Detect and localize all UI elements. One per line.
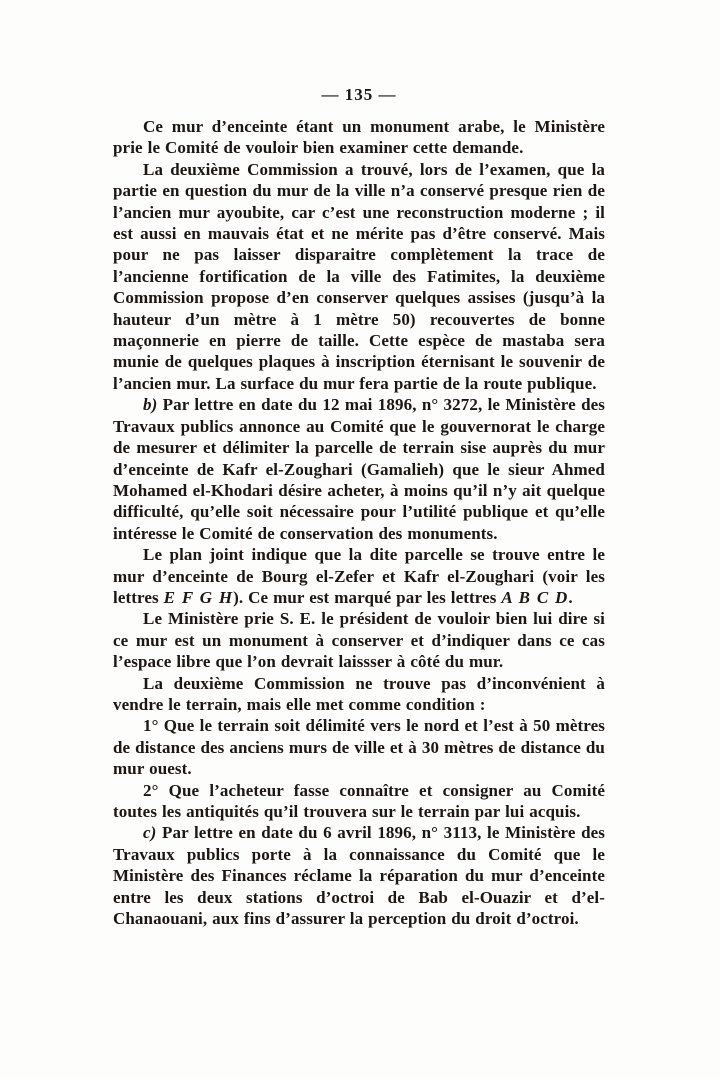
text-segment: 2° Que l’acheteur fasse connaître et con… [113,781,605,821]
paragraph: Ce mur d’enceinte étant un monument arab… [113,116,605,159]
paragraph: 2° Que l’acheteur fasse connaître et con… [113,780,605,823]
text-segment: c) [143,823,156,842]
paragraph: b) Par lettre en date du 12 mai 1896, n°… [113,394,605,544]
text-segment: E F G H [164,588,233,607]
paragraph: 1° Que le terrain soit délimité vers le … [113,715,605,779]
paragraph: Le Ministère prie S. E. le président de … [113,608,605,672]
paragraph: La deuxième Commission a trouvé, lors de… [113,159,605,394]
page-body-text: Ce mur d’enceinte étant un monument arab… [113,116,605,929]
paragraph: La deuxième Commission ne trouve pas d’i… [113,673,605,716]
paragraph: c) Par lettre en date du 6 avril 1896, n… [113,822,605,929]
document-page: — 135 — Ce mur d’enceinte étant un monum… [0,0,720,1079]
text-segment: . [568,588,572,607]
text-segment: La deuxième Commission a trouvé, lors de… [113,160,605,393]
text-segment: La deuxième Commission ne trouve pas d’i… [113,674,605,714]
text-segment: ). Ce mur est marqué par les lettres [233,588,501,607]
text-segment: Le Ministère prie S. E. le président de … [113,609,605,671]
page-number: — 135 — [113,85,605,105]
text-segment: A B C D [501,588,568,607]
text-segment: 1° Que le terrain soit délimité vers le … [113,716,605,778]
text-segment: b) [143,395,157,414]
text-segment: Ce mur d’enceinte étant un monument arab… [113,117,605,157]
paragraph: Le plan joint indique que la dite parcel… [113,544,605,608]
text-segment: Par lettre en date du 6 avril 1896, n° 3… [113,823,605,928]
text-segment: Par lettre en date du 12 mai 1896, n° 32… [113,395,605,542]
